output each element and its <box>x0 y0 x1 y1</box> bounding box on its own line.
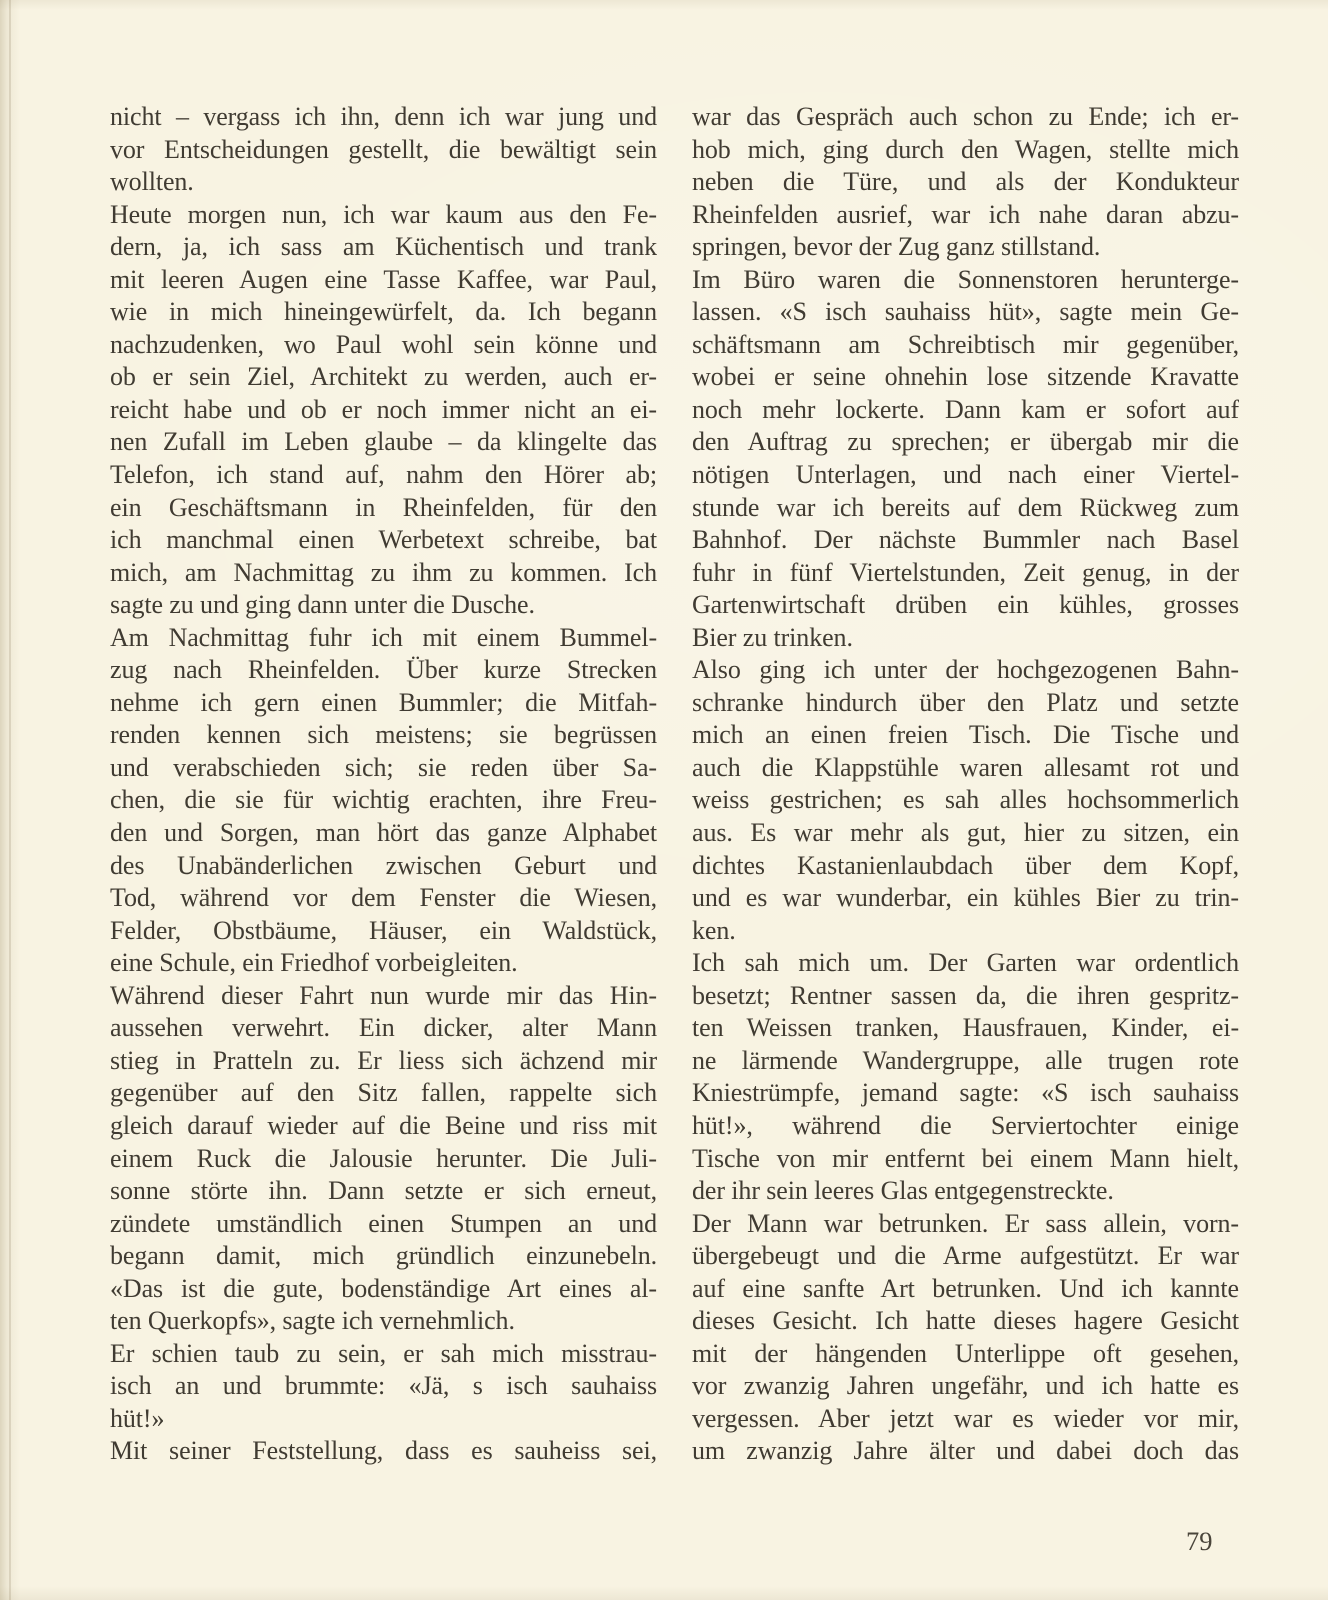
text-line: neben die Türe, und als der Kondukteur <box>692 166 1239 199</box>
text-line: schranke hindurch über den Platz und set… <box>692 687 1239 720</box>
text-line: ten Querkopfs», sagte ich vernehmlich. <box>110 1305 657 1338</box>
text-line: fuhr in fünf Viertelstunden, Zeit genug,… <box>692 557 1239 590</box>
text-line: begann damit, mich gründlich einzunebeln… <box>110 1240 657 1273</box>
text-line: dern, ja, ich sass am Küchentisch und tr… <box>110 231 657 264</box>
paragraph: Heute morgen nun, ich war kaum aus den F… <box>110 199 657 622</box>
text-line: springen, bevor der Zug ganz stillstand. <box>692 231 1239 264</box>
text-line: den und Sorgen, man hört das ganze Alpha… <box>110 817 657 850</box>
text-line: hüt!» <box>110 1403 657 1436</box>
paragraph: Also ging ich unter der hochgezogenen Ba… <box>692 654 1239 947</box>
paragraph: Ich sah mich um. Der Garten war ordentli… <box>692 947 1239 1207</box>
text-line: mich an einen freien Tisch. Die Tische u… <box>692 719 1239 752</box>
text-line: Telefon, ich stand auf, nahm den Hörer a… <box>110 459 657 492</box>
paragraph: nicht – vergass ich ihn, denn ich war ju… <box>110 101 657 199</box>
text-line: Kniestrümpfe, jemand sagte: «S isch sauh… <box>692 1077 1239 1110</box>
text-line: ein Geschäftsmann in Rheinfelden, für de… <box>110 492 657 525</box>
text-line: ne lärmende Wandergruppe, alle trugen ro… <box>692 1045 1239 1078</box>
text-line: mit der hängenden Unterlippe oft gesehen… <box>692 1338 1239 1371</box>
text-line: lassen. «S isch sauhaiss hüt», sagte mei… <box>692 296 1239 329</box>
text-line: aus. Es war mehr als gut, hier zu sitzen… <box>692 817 1239 850</box>
text-line: Bahnhof. Der nächste Bummler nach Basel <box>692 524 1239 557</box>
text-line: vergessen. Aber jetzt war es wieder vor … <box>692 1403 1239 1436</box>
text-line: nicht – vergass ich ihn, denn ich war ju… <box>110 101 657 134</box>
text-line: übergebeugt und die Arme aufgestützt. Er… <box>692 1240 1239 1273</box>
text-line: aussehen verwehrt. Ein dicker, alter Man… <box>110 1012 657 1045</box>
text-line: schäftsmann am Schreibtisch mir gegenübe… <box>692 329 1239 362</box>
paragraph: Am Nachmittag fuhr ich mit einem Bummel-… <box>110 622 657 980</box>
text-line: sonne störte ihn. Dann setzte er sich er… <box>110 1175 657 1208</box>
text-line: war das Gespräch auch schon zu Ende; ich… <box>692 101 1239 134</box>
text-line: Während dieser Fahrt nun wurde mir das H… <box>110 980 657 1013</box>
paragraph: Im Büro waren die Sonnenstoren herunterg… <box>692 264 1239 655</box>
paragraph: Der Mann war betrunken. Er sass allein, … <box>692 1208 1239 1468</box>
text-line: wobei er seine ohnehin lose sitzende Kra… <box>692 361 1239 394</box>
text-line: auch die Klappstühle waren allesamt rot … <box>692 752 1239 785</box>
page-number: 79 <box>1186 1526 1236 1557</box>
text-line: nen Zufall im Leben glaube – da klingelt… <box>110 426 657 459</box>
text-line: mich, am Nachmittag zu ihm zu kommen. Ic… <box>110 557 657 590</box>
paragraph: Während dieser Fahrt nun wurde mir das H… <box>110 980 657 1338</box>
text-line: ob er sein Ziel, Architekt zu werden, au… <box>110 361 657 394</box>
text-line: Bier zu trinken. <box>692 622 1239 655</box>
text-line: noch mehr lockerte. Dann kam er sofort a… <box>692 394 1239 427</box>
text-line: mit leeren Augen eine Tasse Kaffee, war … <box>110 264 657 297</box>
text-line: Tod, während vor dem Fenster die Wiesen, <box>110 882 657 915</box>
text-column-right: war das Gespräch auch schon zu Ende; ich… <box>692 101 1239 1468</box>
text-line: hüt!», während die Serviertochter einige <box>692 1110 1239 1143</box>
text-line: wollten. <box>110 166 657 199</box>
text-line: dichtes Kastanienlaubdach über dem Kopf, <box>692 850 1239 883</box>
text-line: Tische von mir entfernt bei einem Mann h… <box>692 1143 1239 1176</box>
text-line: isch an und brummte: «Jä, s isch sauhais… <box>110 1370 657 1403</box>
text-line: einem Ruck die Jalousie herunter. Die Ju… <box>110 1143 657 1176</box>
text-line: Gartenwirtschaft drüben ein kühles, gros… <box>692 589 1239 622</box>
text-line: weiss gestrichen; es sah alles hochsomme… <box>692 784 1239 817</box>
text-line: Ich sah mich um. Der Garten war ordentli… <box>692 947 1239 980</box>
text-line: Rheinfelden ausrief, war ich nahe daran … <box>692 199 1239 232</box>
book-page-scan: nicht – vergass ich ihn, denn ich war ju… <box>0 0 1328 1600</box>
text-line: des Unabänderlichen zwischen Geburt und <box>110 850 657 883</box>
text-line: den Auftrag zu sprechen; er übergab mir … <box>692 426 1239 459</box>
text-line: und verabschieden sich; sie reden über S… <box>110 752 657 785</box>
paragraph: war das Gespräch auch schon zu Ende; ich… <box>692 101 1239 264</box>
text-line: gegenüber auf den Sitz fallen, rappelte … <box>110 1077 657 1110</box>
text-line: Mit seiner Feststellung, dass es sauheis… <box>110 1435 657 1468</box>
text-line: und es war wunderbar, ein kühles Bier zu… <box>692 882 1239 915</box>
text-line: Der Mann war betrunken. Er sass allein, … <box>692 1208 1239 1241</box>
text-column-left: nicht – vergass ich ihn, denn ich war ju… <box>110 101 657 1468</box>
paragraph: Mit seiner Feststellung, dass es sauheis… <box>110 1435 657 1468</box>
text-line: nehme ich gern einen Bummler; die Mitfah… <box>110 687 657 720</box>
text-line: «Das ist die gute, bodenständige Art ein… <box>110 1273 657 1306</box>
text-line: stunde war ich bereits auf dem Rückweg z… <box>692 492 1239 525</box>
text-line: nachzudenken, wo Paul wohl sein könne un… <box>110 329 657 362</box>
text-line: Also ging ich unter der hochgezogenen Ba… <box>692 654 1239 687</box>
text-line: wie in mich hineingewürfelt, da. Ich beg… <box>110 296 657 329</box>
text-line: Am Nachmittag fuhr ich mit einem Bummel- <box>110 622 657 655</box>
text-line: chen, die sie für wichtig erachten, ihre… <box>110 784 657 817</box>
text-line: renden kennen sich meistens; sie begrüss… <box>110 719 657 752</box>
text-line: besetzt; Rentner sassen da, die ihren ge… <box>692 980 1239 1013</box>
text-line: auf eine sanfte Art betrunken. Und ich k… <box>692 1273 1239 1306</box>
text-line: eine Schule, ein Friedhof vorbeigleiten. <box>110 947 657 980</box>
text-line: nötigen Unterlagen, und nach einer Viert… <box>692 459 1239 492</box>
text-line: ken. <box>692 915 1239 948</box>
text-line: reicht habe und ob er noch immer nicht a… <box>110 394 657 427</box>
text-line: Er schien taub zu sein, er sah mich miss… <box>110 1338 657 1371</box>
text-line: gleich darauf wieder auf die Beine und r… <box>110 1110 657 1143</box>
text-line: vor zwanzig Jahren ungefähr, und ich hat… <box>692 1370 1239 1403</box>
text-line: hob mich, ging durch den Wagen, stellte … <box>692 134 1239 167</box>
text-line: vor Entscheidungen gestellt, die bewälti… <box>110 134 657 167</box>
text-line: Felder, Obstbäume, Häuser, ein Waldstück… <box>110 915 657 948</box>
text-line: Heute morgen nun, ich war kaum aus den F… <box>110 199 657 232</box>
text-line: dieses Gesicht. Ich hatte dieses hagere … <box>692 1305 1239 1338</box>
text-line: sagte zu und ging dann unter die Dusche. <box>110 589 657 622</box>
text-line: zug nach Rheinfelden. Über kurze Strecke… <box>110 654 657 687</box>
text-line: der ihr sein leeres Glas entgegenstreckt… <box>692 1175 1239 1208</box>
text-line: Im Büro waren die Sonnenstoren herunterg… <box>692 264 1239 297</box>
paragraph: Er schien taub zu sein, er sah mich miss… <box>110 1338 657 1436</box>
text-line: stieg in Pratteln zu. Er liess sich ächz… <box>110 1045 657 1078</box>
text-line: ich manchmal einen Werbetext schreibe, b… <box>110 524 657 557</box>
text-line: um zwanzig Jahre älter und dabei doch da… <box>692 1435 1239 1468</box>
text-line: ten Weissen tranken, Hausfrauen, Kinder,… <box>692 1012 1239 1045</box>
text-line: zündete umständlich einen Stumpen an und <box>110 1208 657 1241</box>
